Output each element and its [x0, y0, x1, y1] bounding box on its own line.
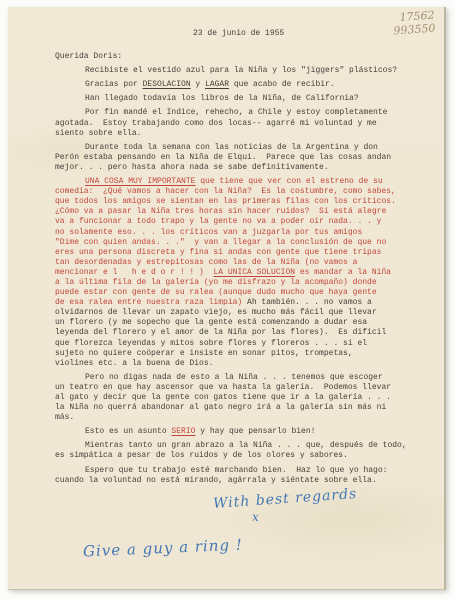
letter-text-segment: Esto es un asunto	[85, 427, 171, 436]
letter-text-segment: Pero no digas nada de esto a la Niña . .…	[55, 373, 391, 422]
letter-text-segment: y	[191, 80, 205, 89]
handwritten-postscript: Give a guy a ring !	[83, 536, 243, 561]
letter-text-segment: y hay que pensarlo bien!	[195, 427, 315, 436]
letter-text-segment: SERIO	[171, 427, 195, 436]
letter-text-segment: Mientras tanto un gran abrazo a la Niña …	[55, 441, 407, 460]
letter-page: 17562 993550 23 de junio de 1955 Querida…	[8, 7, 446, 590]
letter-paragraph: Gracias por DESOLACION y LAGAR que acabo…	[55, 80, 430, 90]
letter-paragraph: Esto es un asunto SERIO y hay que pensar…	[55, 427, 430, 437]
letter-paragraph: Durante toda la semana con las noticias …	[55, 143, 430, 173]
letter-text-segment: LAGAR	[205, 80, 229, 89]
letter-paragraph: Recibiste el vestido azul para la Niña y…	[55, 66, 430, 76]
kiss-mark: x	[252, 510, 259, 524]
letter-text-segment: Gracias por	[85, 80, 143, 89]
handwritten-closing: With best regards	[213, 486, 358, 512]
letter-text-segment: Recibiste el vestido azul para la Niña y…	[85, 66, 397, 75]
letter-text-segment: UNA COSA MUY IMPORTANTE	[85, 177, 195, 186]
letter-paragraph: Han llegado todavía los libros de la Niñ…	[55, 94, 430, 104]
letter-text-segment: que acabo de recibir.	[229, 80, 335, 89]
letter-paragraph: Por fin mandé el Indice, rehecho, a Chil…	[55, 108, 430, 138]
letter-text-segment: Espero que tu trabajo esté marchando bie…	[55, 466, 387, 485]
catalog-numbers: 17562 993550	[392, 9, 436, 38]
letter-paragraph: Pero no digas nada de esto a la Niña . .…	[55, 373, 430, 423]
letter-paragraph: Mientras tanto un gran abrazo a la Niña …	[55, 441, 430, 461]
letter-text-segment: Ah también. . . no vamos a olvidarnos de…	[55, 298, 386, 368]
letter-text-segment: Por fin mandé el Indice, rehecho, a Chil…	[55, 108, 387, 137]
letter-paragraph: Espero que tu trabajo esté marchando bie…	[55, 466, 430, 486]
letter-text-segment: LA UNICA SOLUCION	[213, 268, 295, 277]
letter-text-segment: que tiene que ver con el estreno de su c…	[55, 177, 396, 277]
letter-paragraph: UNA COSA MUY IMPORTANTE que tiene que ve…	[55, 177, 430, 369]
letter-text-segment: DESOLACION	[143, 80, 191, 89]
letter-body: Recibiste el vestido azul para la Niña y…	[55, 66, 430, 486]
letter-salutation: Querida Doris:	[55, 52, 430, 62]
letter-text-segment: Durante toda la semana con las noticias …	[55, 143, 391, 172]
letter-text-segment: Han llegado todavía los libros de la Niñ…	[85, 94, 359, 103]
